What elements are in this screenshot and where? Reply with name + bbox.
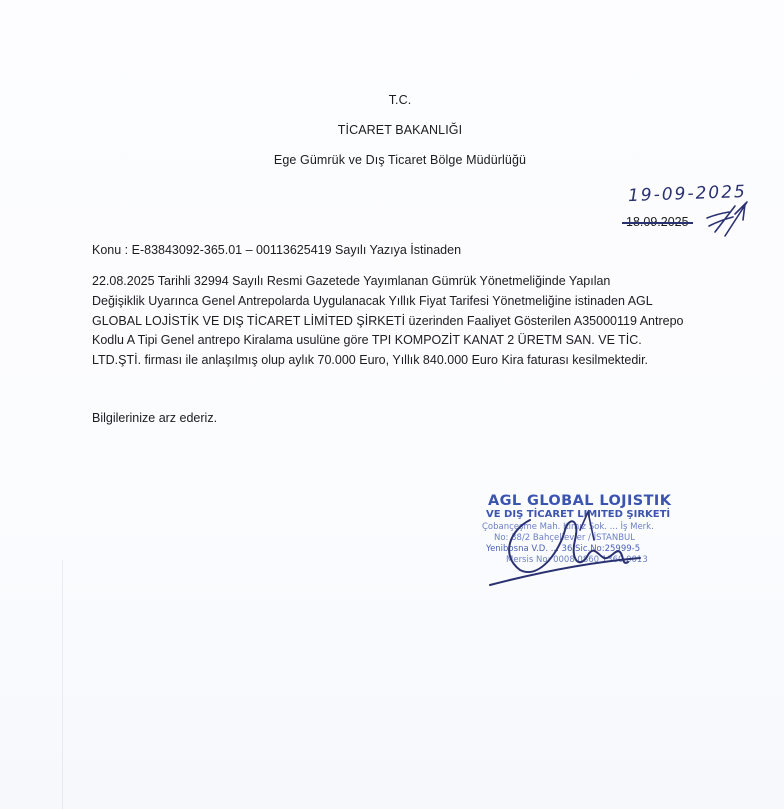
body-line: GLOBAL LOJİSTİK VE DIŞ TİCARET LİMİTED Ş…	[92, 312, 702, 332]
body-line: Değişiklik Uyarınca Genel Antrepolarda U…	[92, 292, 702, 312]
closing-text: Bilgilerinize arz ederiz.	[92, 411, 217, 425]
header-tc: T.C.	[8, 93, 784, 107]
body-line: Kodlu A Tipi Genel antrepo Kiralama usul…	[92, 331, 702, 351]
body-line: 22.08.2025 Tarihli 32994 Sayılı Resmi Ga…	[92, 272, 702, 292]
document-page: T.C. TİCARET BAKANLIĞI Ege Gümrük ve Dış…	[0, 0, 784, 809]
struck-out-date: 18.09.2025	[626, 215, 689, 229]
body-line: LTD.ŞTİ. firması ile anlaşılmış olup ayl…	[92, 351, 702, 371]
body-paragraph: 22.08.2025 Tarihli 32994 Sayılı Resmi Ga…	[92, 272, 702, 371]
header-directorate: Ege Gümrük ve Dış Ticaret Bölge Müdürlüğ…	[8, 153, 784, 167]
header-ministry: TİCARET BAKANLIĞI	[8, 123, 784, 137]
subject-line: Konu : E-83843092-365.01 – 00113625419 S…	[92, 243, 461, 257]
handwritten-initials-icon	[705, 200, 755, 240]
signature-icon	[470, 500, 670, 590]
